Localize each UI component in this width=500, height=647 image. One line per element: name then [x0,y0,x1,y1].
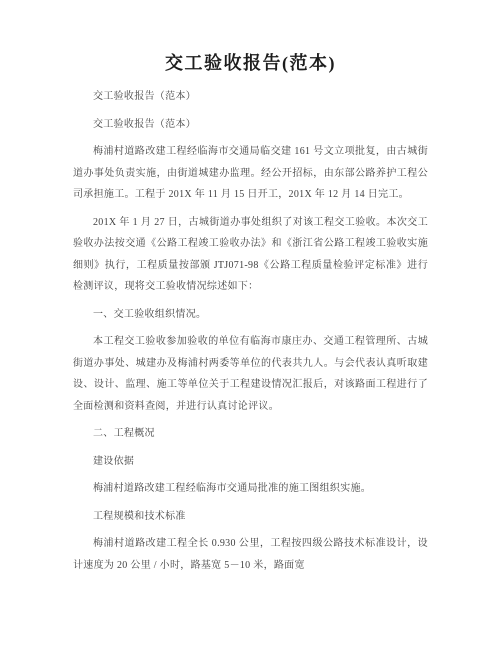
paragraph-acceptance: 201X 年 1 月 27 日，古城街道办事处组织了对该工程交工验收。本次交工验… [73,212,428,298]
section-heading-2: 二、工程概况 [73,423,428,445]
doc-subtitle-line: 交工验收报告（范本） [73,114,428,136]
paragraph-basis: 梅浦村道路改建工程经临海市交通局批准的施工图组织实施。 [73,478,428,500]
document-title: 交工验收报告(范本) [73,50,428,77]
paragraph-organization: 本工程交工验收参加验收的单位有临海市康庄办、交通工程管理所、古城街道办事处、城建… [73,331,428,417]
subheading-basis: 建设依据 [73,451,428,473]
document-page: 交工验收报告(范本) 交工验收报告（范本） 交工验收报告（范本） 梅浦村道路改建… [0,0,500,647]
section-heading-1: 一、交工验收组织情况。 [73,304,428,326]
subheading-standards: 工程规模和技术标准 [73,506,428,528]
paragraph-standards: 梅浦村道路改建工程全长 0.930 公里，工程按四级公路技术标准设计，设计速度为… [73,533,428,576]
doc-subtitle-line: 交工验收报告（范本） [73,86,428,108]
paragraph-project-intro: 梅浦村道路改建工程经临海市交通局临交建 161 号文立项批复，由古城街道办事处负… [73,141,428,206]
